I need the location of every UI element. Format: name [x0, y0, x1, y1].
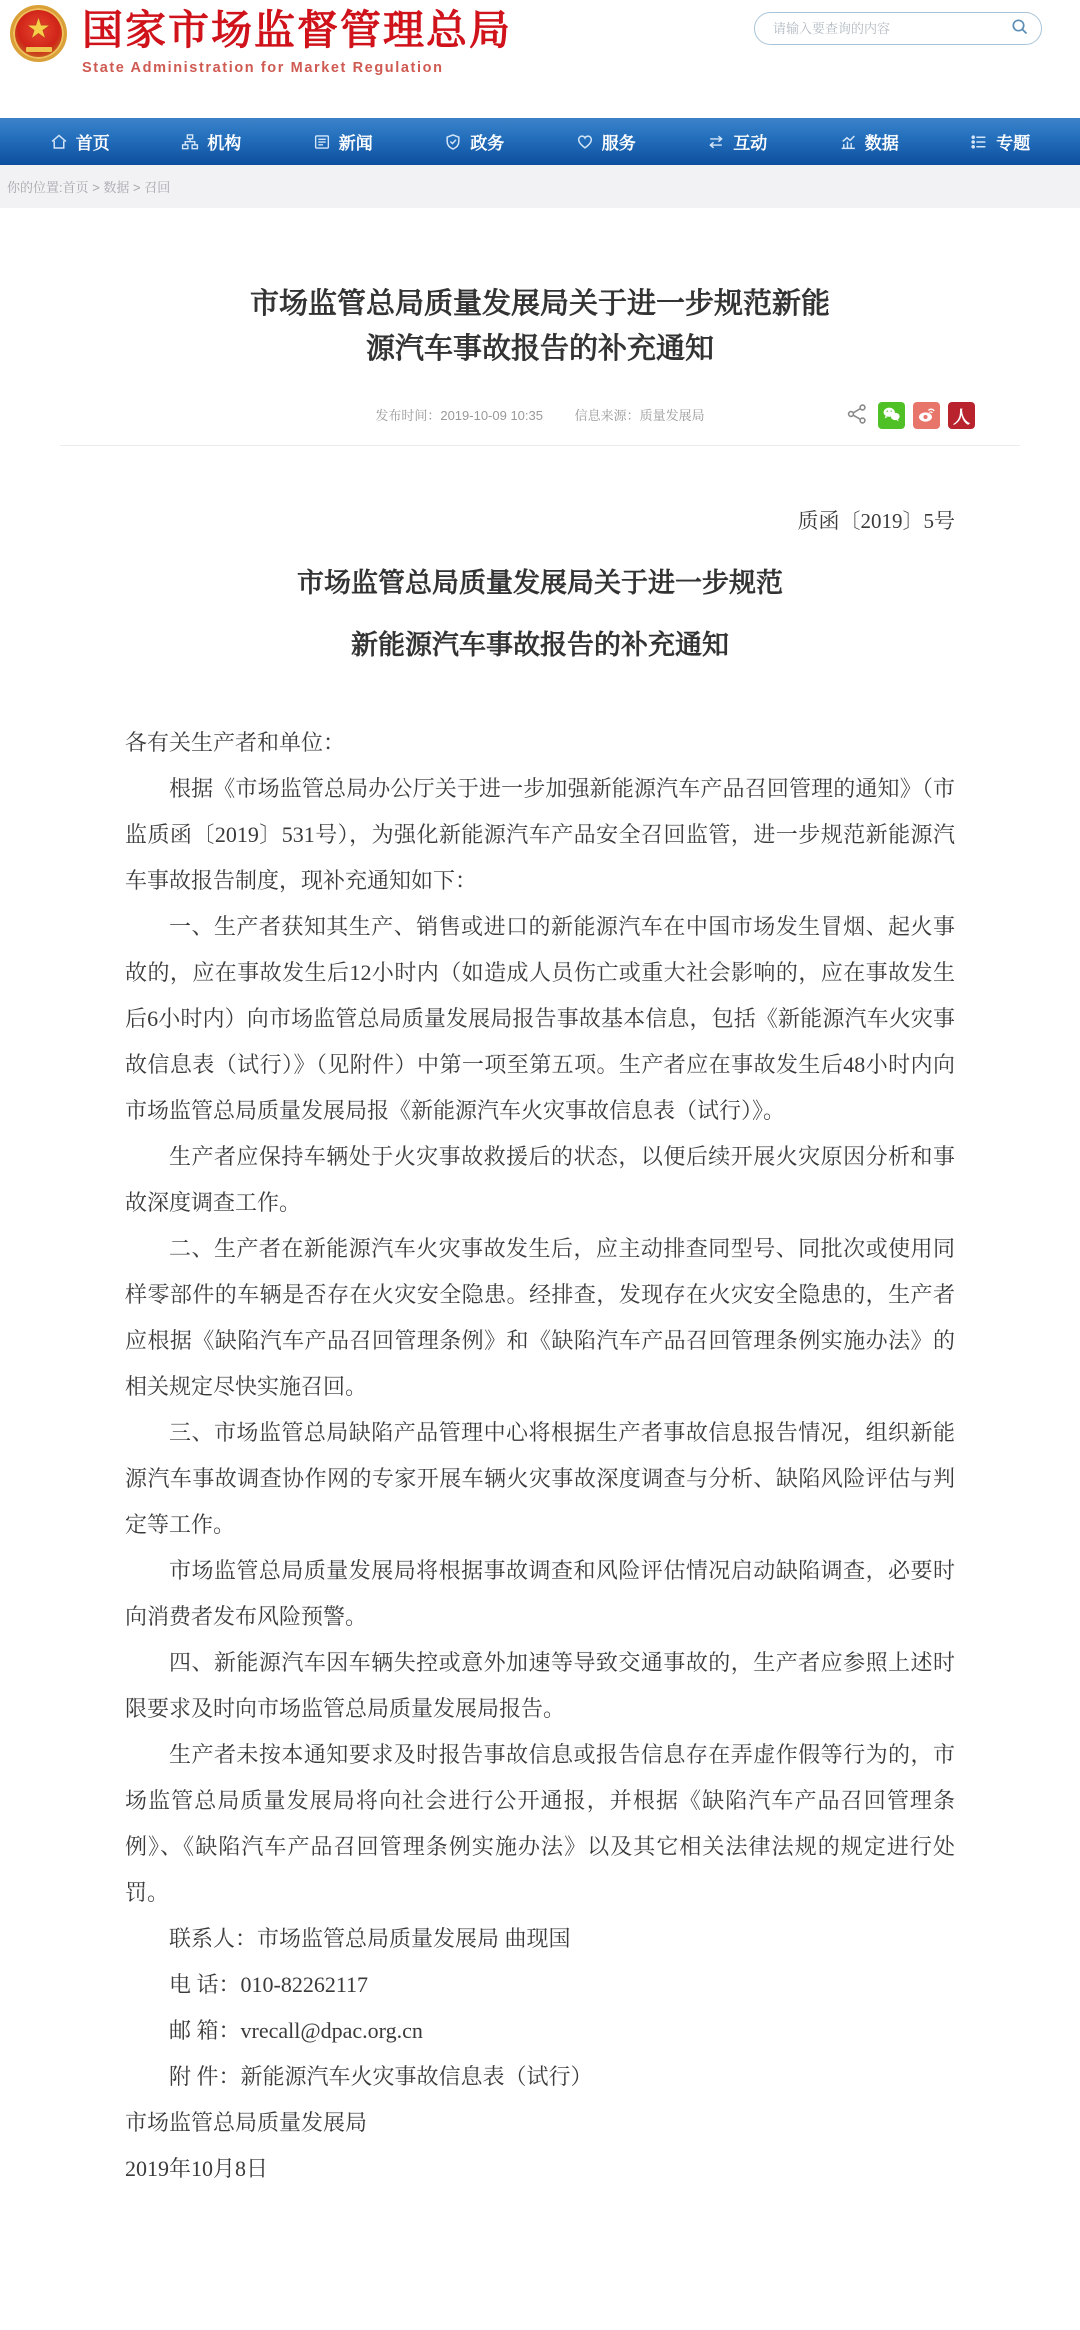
nav-item-org[interactable]: 机构	[181, 129, 241, 154]
share-button[interactable]	[843, 402, 870, 429]
org-icon	[181, 133, 199, 151]
doc-paragraph: 市场监管总局质量发展局将根据事故调查和风险评估情况启动缺陷调查，必要时向消费者发…	[125, 1548, 955, 1640]
topic-list-icon	[970, 133, 988, 151]
people-icon: 人	[953, 403, 970, 428]
nav-label: 首页	[76, 129, 110, 154]
nav-item-gov[interactable]: 政务	[444, 129, 504, 154]
nav-item-home[interactable]: 首页	[50, 129, 110, 154]
nav-item-topic[interactable]: 专题	[970, 129, 1030, 154]
doc-paragraph: 一、生产者获知其生产、销售或进口的新能源汽车在中国市场发生冒烟、起火事故的，应在…	[125, 904, 955, 1134]
doc-contact-phone: 电 话：010-82262117	[125, 1962, 955, 2008]
home-icon	[50, 133, 68, 151]
share-weibo-button[interactable]	[913, 402, 940, 429]
search-box[interactable]	[754, 12, 1042, 45]
nav-label: 政务	[470, 129, 504, 154]
site-title: 国家市场监督管理总局	[82, 8, 512, 53]
nav-label: 服务	[602, 129, 636, 154]
doc-signature: 市场监管总局质量发展局	[125, 2100, 955, 2146]
nav-label: 新闻	[339, 129, 373, 154]
article: 市场监管总局质量发展局关于进一步规范新能 源汽车事故报告的补充通知 发布时间：2…	[0, 282, 1080, 2216]
site-header: ★ 国家市场监督管理总局 State Administration for Ma…	[0, 0, 1080, 118]
nav-label: 数据	[865, 129, 899, 154]
divider	[60, 445, 1020, 446]
doc-number: 质函〔2019〕5号	[125, 498, 955, 544]
share-wechat-button[interactable]	[878, 402, 905, 429]
doc-date: 2019年10月8日	[125, 2146, 955, 2206]
doc-salutation: 各有关生产者和单位：	[125, 720, 955, 766]
page-title-line1: 市场监管总局质量发展局关于进一步规范新能	[60, 282, 1020, 327]
wechat-icon	[881, 404, 902, 428]
official-document: 质函〔2019〕5号 市场监管总局质量发展局关于进一步规范 新能源汽车事故报告的…	[60, 498, 1020, 2206]
emblem-base	[26, 47, 52, 52]
doc-contact-person: 联系人：市场监管总局质量发展局 曲现国	[125, 1916, 955, 1962]
service-heart-icon	[576, 133, 594, 151]
doc-paragraph: 四、新能源汽车因车辆失控或意外加速等导致交通事故的，生产者应参照上述时限要求及时…	[125, 1640, 955, 1732]
nav-item-news[interactable]: 新闻	[313, 129, 373, 154]
main-nav: 首页 机构 新闻 政务	[0, 118, 1080, 165]
site-brand[interactable]: ★ 国家市场监督管理总局 State Administration for Ma…	[10, 5, 512, 76]
search-icon	[1011, 18, 1029, 39]
data-chart-icon	[839, 133, 857, 151]
news-icon	[313, 133, 331, 151]
nav-label: 互动	[733, 129, 767, 154]
doc-contact-email: 邮 箱：vrecall@dpac.org.cn	[125, 2008, 955, 2054]
doc-paragraph: 生产者应保持车辆处于火灾事故救援后的状态，以便后续开展火灾原因分析和事故深度调查…	[125, 1134, 955, 1226]
emblem-star-icon: ★	[26, 16, 50, 43]
doc-paragraph: 根据《市场监管总局办公厅关于进一步加强新能源汽车产品召回管理的通知》（市监质函〔…	[125, 766, 955, 904]
nav-label: 专题	[996, 129, 1030, 154]
search-input[interactable]	[771, 20, 1011, 37]
weibo-icon	[916, 404, 937, 428]
doc-title: 市场监管总局质量发展局关于进一步规范 新能源汽车事故报告的补充通知	[125, 552, 955, 676]
nav-item-interact[interactable]: 互动	[707, 129, 767, 154]
nav-item-data[interactable]: 数据	[839, 129, 899, 154]
doc-paragraph: 二、生产者在新能源汽车火灾事故发生后，应主动排查同型号、同批次或使用同样零部件的…	[125, 1226, 955, 1410]
nav-label: 机构	[207, 129, 241, 154]
info-source: 信息来源：质量发展局	[575, 408, 705, 423]
doc-paragraph: 生产者未按本通知要求及时报告事故信息或报告信息存在弄虚作假等行为的，市场监管总局…	[125, 1732, 955, 1916]
article-meta-row: 发布时间：2019-10-09 10:35 信息来源：质量发展局	[60, 402, 1020, 430]
doc-title-line1: 市场监管总局质量发展局关于进一步规范	[125, 552, 955, 614]
search-button[interactable]	[1011, 18, 1029, 39]
doc-title-line2: 新能源汽车事故报告的补充通知	[125, 614, 955, 676]
brand-text: 国家市场监督管理总局 State Administration for Mark…	[82, 5, 512, 76]
doc-body: 各有关生产者和单位： 根据《市场监管总局办公厅关于进一步加强新能源汽车产品召回管…	[125, 720, 955, 2206]
breadcrumb[interactable]: 你的位置:首页 > 数据 > 召回	[7, 177, 170, 196]
interact-arrows-icon	[707, 133, 725, 151]
breadcrumb-bar: 你的位置:首页 > 数据 > 召回	[0, 165, 1080, 208]
doc-paragraph: 三、市场监管总局缺陷产品管理中心将根据生产者事故信息报告情况，组织新能源汽车事故…	[125, 1410, 955, 1548]
national-emblem-logo: ★	[10, 5, 67, 62]
share-group: 人	[843, 402, 975, 430]
page-title-line2: 源汽车事故报告的补充通知	[60, 327, 1020, 372]
nav-item-service[interactable]: 服务	[576, 129, 636, 154]
share-icon	[846, 403, 868, 428]
gov-shield-icon	[444, 133, 462, 151]
doc-attachment[interactable]: 附 件：新能源汽车火灾事故信息表（试行）	[125, 2054, 955, 2100]
publish-time: 发布时间：2019-10-09 10:35	[375, 408, 543, 423]
site-subtitle: State Administration for Market Regulati…	[82, 60, 512, 76]
page-title: 市场监管总局质量发展局关于进一步规范新能 源汽车事故报告的补充通知	[60, 282, 1020, 372]
share-people-button[interactable]: 人	[948, 402, 975, 429]
